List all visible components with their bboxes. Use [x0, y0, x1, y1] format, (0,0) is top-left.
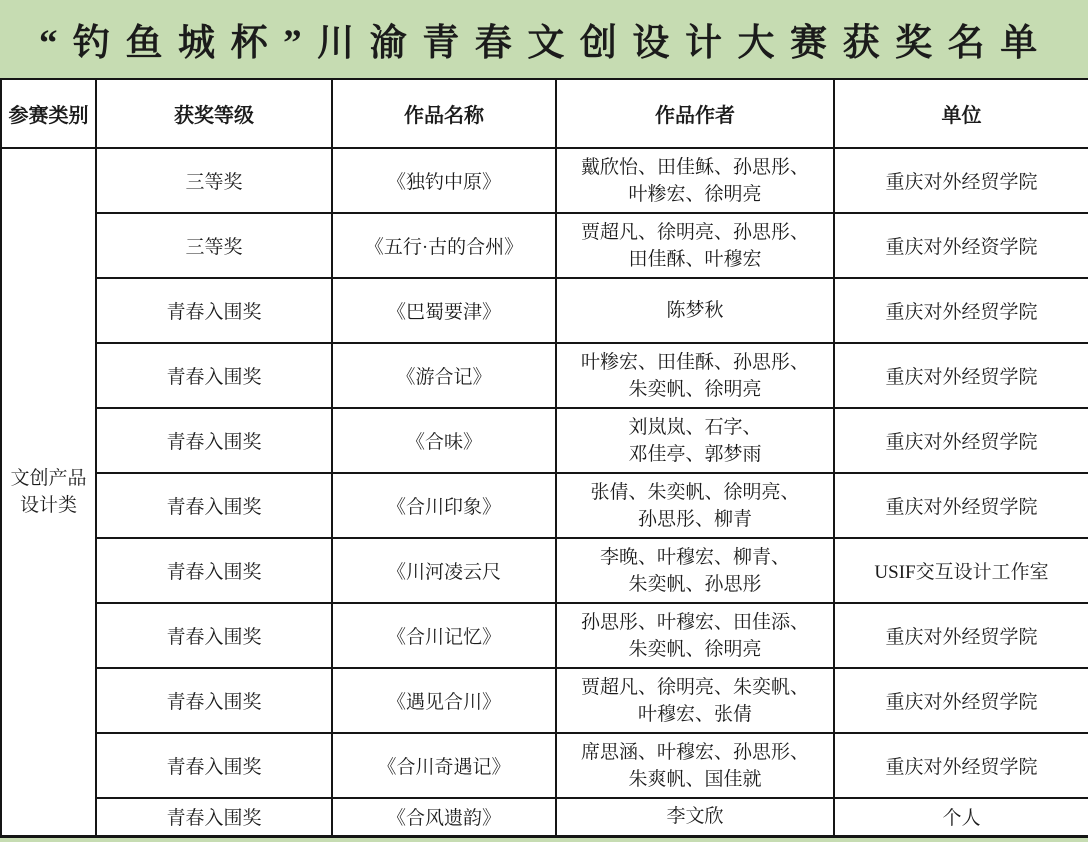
authors-line: 陈梦秋 [561, 297, 829, 324]
authors-line: 贾超凡、徐明亮、孙思彤、 [561, 219, 829, 246]
work-title-cell: 《合风遗韵》 [332, 798, 556, 836]
authors-cell: 陈梦秋 [556, 278, 834, 343]
authors-line: 席思涵、叶穆宏、孙思形、 [561, 739, 829, 766]
award-level-cell: 青春入围奖 [96, 408, 332, 473]
authors-cell: 戴欣怡、田佳稣、孙思彤、叶糁宏、徐明亮 [556, 148, 834, 213]
authors-cell: 李文欣 [556, 798, 834, 836]
authors-line: 朱奕帆、徐明亮 [561, 636, 829, 663]
unit-cell: 重庆对外经贸学院 [834, 603, 1088, 668]
award-level-cell: 青春入围奖 [96, 343, 332, 408]
work-title-cell: 《合川记忆》 [332, 603, 556, 668]
authors-line: 叶糁宏、田佳酥、孙思彤、 [561, 349, 829, 376]
work-title-cell: 《独钓中原》 [332, 148, 556, 213]
authors-cell: 刘岚岚、石字、邓佳亭、郭梦雨 [556, 408, 834, 473]
unit-cell: 重庆对外经贸学院 [834, 278, 1088, 343]
unit-cell: 重庆对外经贸学院 [834, 148, 1088, 213]
title-banner: “钓鱼城杯”川渝青春文创设计大赛获奖名单 [0, 0, 1088, 78]
page: “钓鱼城杯”川渝青春文创设计大赛获奖名单 参赛类别 获奖等级 作品名称 作品作者… [0, 0, 1088, 842]
unit-cell: 重庆对外经贸学院 [834, 733, 1088, 798]
award-level-cell: 青春入围奖 [96, 278, 332, 343]
category-cell: 文创产品设计类 [1, 148, 96, 836]
work-title-cell: 《川河凌云尺 [332, 538, 556, 603]
work-title-cell: 《合味》 [332, 408, 556, 473]
award-level-cell: 三等奖 [96, 213, 332, 278]
authors-line: 戴欣怡、田佳稣、孙思彤、 [561, 154, 829, 181]
authors-line: 李晚、叶穆宏、柳青、 [561, 544, 829, 571]
table-row: 青春入围奖《合川记忆》孙思彤、叶穆宏、田佳添、朱奕帆、徐明亮重庆对外经贸学院 [1, 603, 1088, 668]
authors-line: 邓佳亭、郭梦雨 [561, 441, 829, 468]
table-row: 三等奖《五行·古的合州》贾超凡、徐明亮、孙思彤、田佳酥、叶穆宏重庆对外经资学院 [1, 213, 1088, 278]
award-level-cell: 青春入围奖 [96, 733, 332, 798]
work-title-cell: 《合川奇遇记》 [332, 733, 556, 798]
unit-cell: 个人 [834, 798, 1088, 836]
table-header: 参赛类别 获奖等级 作品名称 作品作者 单位 [1, 79, 1088, 148]
unit-cell: 重庆对外经资学院 [834, 213, 1088, 278]
work-title-cell: 《合川印象》 [332, 473, 556, 538]
award-level-cell: 青春入围奖 [96, 668, 332, 733]
category-label-line: 设计类 [6, 492, 91, 519]
unit-cell: 重庆对外经贸学院 [834, 408, 1088, 473]
authors-cell: 贾超凡、徐明亮、朱奕帆、叶穆宏、张倩 [556, 668, 834, 733]
page-title: “钓鱼城杯”川渝青春文创设计大赛获奖名单 [35, 12, 1053, 66]
table-row: 青春入围奖《巴蜀要津》陈梦秋重庆对外经贸学院 [1, 278, 1088, 343]
work-title-cell: 《五行·古的合州》 [332, 213, 556, 278]
authors-cell: 席思涵、叶穆宏、孙思形、朱爽帆、国佳就 [556, 733, 834, 798]
table-row: 青春入围奖《合川印象》张倩、朱奕帆、徐明亮、孙思彤、柳青重庆对外经贸学院 [1, 473, 1088, 538]
authors-line: 朱奕帆、孙思彤 [561, 571, 829, 598]
award-level-cell: 青春入围奖 [96, 798, 332, 836]
authors-cell: 叶糁宏、田佳酥、孙思彤、朱奕帆、徐明亮 [556, 343, 834, 408]
work-title-cell: 《遇见合川》 [332, 668, 556, 733]
authors-cell: 李晚、叶穆宏、柳青、朱奕帆、孙思彤 [556, 538, 834, 603]
authors-line: 孙思彤、柳青 [561, 506, 829, 533]
table-row: 青春入围奖《合风遗韵》李文欣个人 [1, 798, 1088, 836]
authors-cell: 贾超凡、徐明亮、孙思彤、田佳酥、叶穆宏 [556, 213, 834, 278]
authors-line: 叶糁宏、徐明亮 [561, 181, 829, 208]
unit-cell: USIF交互设计工作室 [834, 538, 1088, 603]
authors-line: 叶穆宏、张倩 [561, 701, 829, 728]
header-category: 参赛类别 [1, 79, 96, 148]
header-authors: 作品作者 [556, 79, 834, 148]
authors-line: 朱爽帆、国佳就 [561, 766, 829, 793]
table-row: 青春入围奖《川河凌云尺李晚、叶穆宏、柳青、朱奕帆、孙思彤USIF交互设计工作室 [1, 538, 1088, 603]
authors-line: 朱奕帆、徐明亮 [561, 376, 829, 403]
authors-line: 张倩、朱奕帆、徐明亮、 [561, 479, 829, 506]
table-row: 青春入围奖《合川奇遇记》席思涵、叶穆宏、孙思形、朱爽帆、国佳就重庆对外经贸学院 [1, 733, 1088, 798]
table-body: 文创产品设计类三等奖《独钓中原》戴欣怡、田佳稣、孙思彤、叶糁宏、徐明亮重庆对外经… [1, 148, 1088, 836]
authors-line: 李文欣 [561, 803, 829, 830]
authors-line: 贾超凡、徐明亮、朱奕帆、 [561, 674, 829, 701]
award-level-cell: 青春入围奖 [96, 538, 332, 603]
award-level-cell: 青春入围奖 [96, 603, 332, 668]
table-row: 青春入围奖《游合记》叶糁宏、田佳酥、孙思彤、朱奕帆、徐明亮重庆对外经贸学院 [1, 343, 1088, 408]
authors-line: 孙思彤、叶穆宏、田佳添、 [561, 609, 829, 636]
authors-line: 田佳酥、叶穆宏 [561, 246, 829, 273]
header-unit: 单位 [834, 79, 1088, 148]
authors-line: 刘岚岚、石字、 [561, 414, 829, 441]
awards-table: 参赛类别 获奖等级 作品名称 作品作者 单位 文创产品设计类三等奖《独钓中原》戴… [0, 78, 1088, 838]
unit-cell: 重庆对外经贸学院 [834, 668, 1088, 733]
award-level-cell: 三等奖 [96, 148, 332, 213]
award-level-cell: 青春入围奖 [96, 473, 332, 538]
work-title-cell: 《游合记》 [332, 343, 556, 408]
header-work-title: 作品名称 [332, 79, 556, 148]
unit-cell: 重庆对外经贸学院 [834, 343, 1088, 408]
header-row: 参赛类别 获奖等级 作品名称 作品作者 单位 [1, 79, 1088, 148]
unit-cell: 重庆对外经贸学院 [834, 473, 1088, 538]
table-row: 青春入围奖《合味》刘岚岚、石字、邓佳亭、郭梦雨重庆对外经贸学院 [1, 408, 1088, 473]
work-title-cell: 《巴蜀要津》 [332, 278, 556, 343]
authors-cell: 孙思彤、叶穆宏、田佳添、朱奕帆、徐明亮 [556, 603, 834, 668]
table-row: 青春入围奖《遇见合川》贾超凡、徐明亮、朱奕帆、叶穆宏、张倩重庆对外经贸学院 [1, 668, 1088, 733]
table-row: 文创产品设计类三等奖《独钓中原》戴欣怡、田佳稣、孙思彤、叶糁宏、徐明亮重庆对外经… [1, 148, 1088, 213]
category-label-line: 文创产品 [6, 465, 91, 492]
header-award-level: 获奖等级 [96, 79, 332, 148]
authors-cell: 张倩、朱奕帆、徐明亮、孙思彤、柳青 [556, 473, 834, 538]
